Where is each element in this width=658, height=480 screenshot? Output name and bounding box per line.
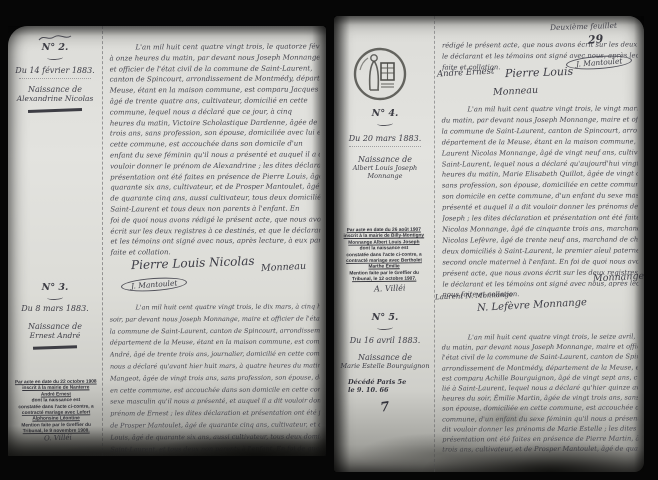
- greffier-signature: O. Villéi: [44, 434, 72, 443]
- mayor-signature: J. Mantoulet: [121, 276, 188, 294]
- child-name: Albert Louis Joseph Monnange: [338, 164, 432, 180]
- separator-squiggle: [47, 295, 63, 301]
- handwritten-line: foi de quoi nous avons rédigé le présent…: [110, 214, 320, 226]
- handwritten-line: L'an mil huit cent quatre vingt trois, l…: [110, 301, 320, 314]
- record-type-label: Naissance de: [338, 155, 432, 164]
- handwritten-line: âgé de trente quatre ans, cultivateur, d…: [110, 95, 320, 107]
- birth-act-5-body: L'an mil huit cent quatre vingt trois, l…: [442, 331, 639, 456]
- name-underline-bar: [28, 108, 82, 112]
- handwritten-line: nous a déclaré qu'avant hier huit mars, …: [110, 360, 320, 373]
- microfilm-register-scan: N° 2. Du 14 février 1883. Naissance de A…: [0, 0, 658, 480]
- handwritten-line: du matin, par devant nous Joseph Monnang…: [442, 114, 638, 126]
- tally-mark: 7: [337, 394, 432, 422]
- handwritten-line: commune, lequel nous a déclaré que ce jo…: [110, 106, 320, 118]
- margin-rule: [349, 146, 421, 147]
- death-annotation: Décédé Paris 5e le 9. 10. 66: [338, 378, 432, 394]
- handwritten-line: de Prosper Mantoulet, âgé de quarante ci…: [110, 419, 320, 432]
- separator-squiggle: [377, 325, 393, 331]
- left-margin-column: N° 2. Du 14 février 1883. Naissance de A…: [8, 26, 102, 456]
- handwritten-line: Nicolas Monnange, âgé de cinquante trois…: [442, 223, 638, 235]
- right-margin-column: N° 4. Du 20 mars 1883. Naissance de Albe…: [334, 16, 434, 472]
- marriage-mention-note: Par acte en date du 26 août 1907inscrit …: [339, 227, 430, 283]
- act-number: N° 5.: [338, 312, 432, 323]
- register-right-page: Deuxième feuillet 29 N° 4. Du 20 mars 18…: [334, 16, 644, 472]
- child-name: Ernest André: [12, 331, 98, 340]
- name-underline-bar: [33, 345, 77, 349]
- handwritten-line: Saint-Laurent, et tous deux non parents …: [110, 443, 320, 456]
- birth-act-3-body: L'an mil huit cent quatre vingt trois, l…: [110, 301, 321, 456]
- handwritten-line: Nicolas Lefèvre, âgé de trente neuf ans,…: [442, 234, 638, 246]
- mention-line: Tribunal, le 12 octobre 1907.: [339, 276, 429, 283]
- margin-entry-act-2: N° 2. Du 14 février 1883. Naissance de A…: [12, 34, 98, 112]
- record-type-label: Naissance de: [12, 85, 98, 94]
- handwritten-line: son épouse, domiciliée en cette commune,…: [442, 403, 638, 414]
- handwritten-line: Louis, âgé de quarante six ans, aussi cu…: [110, 431, 320, 444]
- handwritten-line: à onze heures du matin, par devant nous …: [109, 52, 319, 64]
- handwritten-line: deux domiciliés à Saint-Laurent, le prem…: [442, 245, 638, 257]
- right-body-column: rédigé le présent acte, que nous avons é…: [434, 16, 640, 472]
- act-date: Du 16 avril 1883.: [338, 336, 432, 345]
- record-type-label: Naissance de: [12, 322, 98, 331]
- handwritten-line: département de la Meuse, étant en la mai…: [110, 337, 320, 350]
- death-annotation-line: Décédé Paris 5e: [348, 378, 432, 386]
- handwritten-line: prénom de Ernest ; les dites déclaration…: [110, 408, 320, 421]
- act-date: Du 20 mars 1883.: [338, 134, 432, 143]
- handwritten-line: André, âgé de trente trois ans, journali…: [110, 349, 320, 362]
- declarant-signature: André Ernest: [437, 67, 495, 80]
- left-body-column: L'an mil huit cent quatre vingt trois, l…: [102, 26, 322, 456]
- handwritten-line: enfant du sexe féminin qu'il nous a prés…: [110, 149, 320, 161]
- handwritten-line: et les témoins ont signé avec nous, aprè…: [110, 236, 320, 248]
- handwritten-line: soir, par devant nous Joseph Monnange, m…: [110, 313, 320, 326]
- witness-signature: Monneau: [493, 85, 539, 98]
- flourish-icon: [38, 34, 72, 42]
- act-number: N° 4.: [338, 108, 432, 119]
- handwritten-line: sexe masculin qu'il nous a présenté, et …: [110, 396, 320, 409]
- record-type-label: Naissance de: [338, 353, 432, 362]
- handwritten-line: la commune de Saint-Laurent, canton de S…: [442, 125, 638, 137]
- marriage-mention-note: Par acte en date du 22 octobre 1908inscr…: [12, 379, 101, 435]
- birth-act-2-body: L'an mil huit cent quatre vingt trois, l…: [109, 41, 320, 259]
- handwritten-line: Laurent Nicolas Monnange, âgé de vingt n…: [442, 147, 638, 159]
- witness-signature: Pierre Louis: [505, 65, 574, 80]
- greffier-signature: A. Villéi: [374, 283, 406, 293]
- child-name: Alexandrine Nicolas: [12, 94, 98, 103]
- death-annotation-line: le 9. 10. 66: [348, 386, 432, 394]
- act-number: N° 3.: [12, 282, 98, 293]
- handwritten-line: L'an mil huit cent quatre vingt trois, l…: [109, 41, 319, 53]
- margin-entry-act-4: N° 4. Du 20 mars 1883. Naissance de Albe…: [338, 108, 432, 180]
- handwritten-line: Mangeot, âgée de vingt trois ans, sans p…: [110, 372, 320, 385]
- handwritten-line: vouloir donner le prénom de Alexandrine …: [110, 160, 320, 172]
- margin-entry-act-3: N° 3. Du 8 mars 1883. Naissance de Ernes…: [12, 282, 98, 349]
- margin-entry-act-5: N° 5. Du 16 avril 1883. Naissance de Mar…: [338, 312, 432, 415]
- witness-signature: Monneau: [261, 261, 307, 274]
- handwritten-line: l'état civil de la commune de Saint-Laur…: [442, 352, 638, 363]
- handwritten-line: la commune de Saint-Laurent, canton de S…: [110, 325, 320, 338]
- act-date: Du 14 février 1883.: [12, 66, 98, 75]
- register-left-page: N° 2. Du 14 février 1883. Naissance de A…: [8, 26, 326, 456]
- act-date: Du 8 mars 1883.: [12, 304, 98, 313]
- act-number: N° 2.: [12, 42, 98, 53]
- separator-squiggle: [47, 55, 63, 61]
- handwritten-line: Saint-Laurent et tous deux non parents à…: [110, 203, 320, 215]
- handwritten-line: en cette commune, est accouchée dans son…: [110, 384, 320, 397]
- handwritten-line: second oncle maternel à l'enfant. En foi…: [442, 256, 638, 268]
- handwritten-line: trois ans, cultivateur, et de Prosper Ma…: [442, 444, 638, 455]
- child-name: Marie Estelle Bourguignon: [338, 362, 432, 370]
- separator-squiggle: [377, 121, 393, 127]
- handwritten-line: département de la Meuse, étant en la mai…: [442, 136, 638, 148]
- declarant-signature: Pierre Louis Nicolas: [131, 254, 255, 272]
- margin-rule: [19, 78, 91, 79]
